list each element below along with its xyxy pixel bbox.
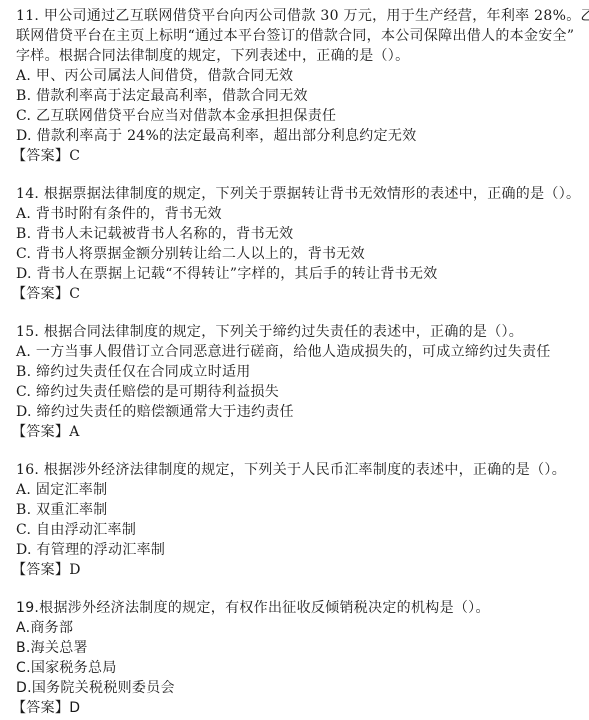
option-a: A. 固定汇率制 bbox=[16, 480, 576, 500]
question-stem-line: 14. 根据票据法律制度的规定，下列关于票据转让背书无效情形的表述中，正确的是（… bbox=[16, 184, 576, 204]
answer-label: 【答案】D bbox=[12, 698, 576, 718]
option-c: C. 乙互联网借贷平台应当对借款本金承担担保责任 bbox=[16, 106, 576, 126]
question-stem-line: 15. 根据合同法律制度的规定，下列关于缔约过失责任的表述中，正确的是（）。 bbox=[16, 322, 576, 342]
option-d: D. 有管理的浮动汇率制 bbox=[16, 540, 576, 560]
option-b: B. 借款利率高于法定最高利率，借款合同无效 bbox=[16, 86, 576, 106]
question-stem-line: 字样。根据合同法律制度的规定，下列表述中，正确的是（）。 bbox=[16, 46, 576, 66]
answer-label: 【答案】A bbox=[12, 422, 576, 442]
question-11: 11. 甲公司通过乙互联网借贷平台向丙公司借款 30 万元，用于生产经营，年利率… bbox=[16, 6, 576, 166]
option-c: C. 自由浮动汇率制 bbox=[16, 520, 576, 540]
option-a: A. 一方当事人假借订立合同恶意进行磋商，给他人造成损失的，可成立缔约过失责任 bbox=[16, 342, 576, 362]
question-16: 16. 根据涉外经济法律制度的规定，下列关于人民币汇率制度的表述中，正确的是（）… bbox=[16, 460, 576, 580]
answer-label: 【答案】C bbox=[12, 146, 576, 166]
option-d: D. 缔约过失责任的赔偿额通常大于违约责任 bbox=[16, 402, 576, 422]
option-c: C. 背书人将票据金额分别转让给二人以上的，背书无效 bbox=[16, 244, 576, 264]
option-b: B. 缔约过失责任仅在合同成立时适用 bbox=[16, 362, 576, 382]
question-stem-line: 16. 根据涉外经济法律制度的规定，下列关于人民币汇率制度的表述中，正确的是（）… bbox=[16, 460, 576, 480]
option-a: A. 背书时附有条件的，背书无效 bbox=[16, 204, 576, 224]
answer-label: 【答案】D bbox=[12, 560, 576, 580]
question-stem-line: 11. 甲公司通过乙互联网借贷平台向丙公司借款 30 万元，用于生产经营，年利率… bbox=[16, 6, 576, 26]
question-14: 14. 根据票据法律制度的规定，下列关于票据转让背书无效情形的表述中，正确的是（… bbox=[16, 184, 576, 304]
option-d: D. 借款利率高于 24%的法定最高利率，超出部分利息约定无效 bbox=[16, 126, 576, 146]
option-b: B. 双重汇率制 bbox=[16, 500, 576, 520]
option-b: B. 背书人未记载被背书人名称的，背书无效 bbox=[16, 224, 576, 244]
question-stem-line: 联网借贷平台在主页上标明“通过本平台签订的借款合同，本公司保障出借人的本金安全” bbox=[16, 26, 576, 46]
question-15: 15. 根据合同法律制度的规定，下列关于缔约过失责任的表述中，正确的是（）。 A… bbox=[16, 322, 576, 442]
question-19: 19.根据涉外经济法制度的规定，有权作出征收反倾销税决定的机构是（）。 A.商务… bbox=[16, 598, 576, 718]
option-a: A. 甲、丙公司属法人间借贷，借款合同无效 bbox=[16, 66, 576, 86]
option-b: B.海关总署 bbox=[16, 638, 576, 658]
option-d: D.国务院关税税则委员会 bbox=[16, 678, 576, 698]
exam-document: 11. 甲公司通过乙互联网借贷平台向丙公司借款 30 万元，用于生产经营，年利率… bbox=[16, 6, 576, 718]
option-c: C.国家税务总局 bbox=[16, 658, 576, 678]
option-d: D. 背书人在票据上记载“不得转让”字样的，其后手的转让背书无效 bbox=[16, 264, 576, 284]
question-stem-line: 19.根据涉外经济法制度的规定，有权作出征收反倾销税决定的机构是（）。 bbox=[16, 598, 576, 618]
answer-label: 【答案】C bbox=[12, 284, 576, 304]
option-a: A.商务部 bbox=[16, 618, 576, 638]
option-c: C. 缔约过失责任赔偿的是可期待利益损失 bbox=[16, 382, 576, 402]
